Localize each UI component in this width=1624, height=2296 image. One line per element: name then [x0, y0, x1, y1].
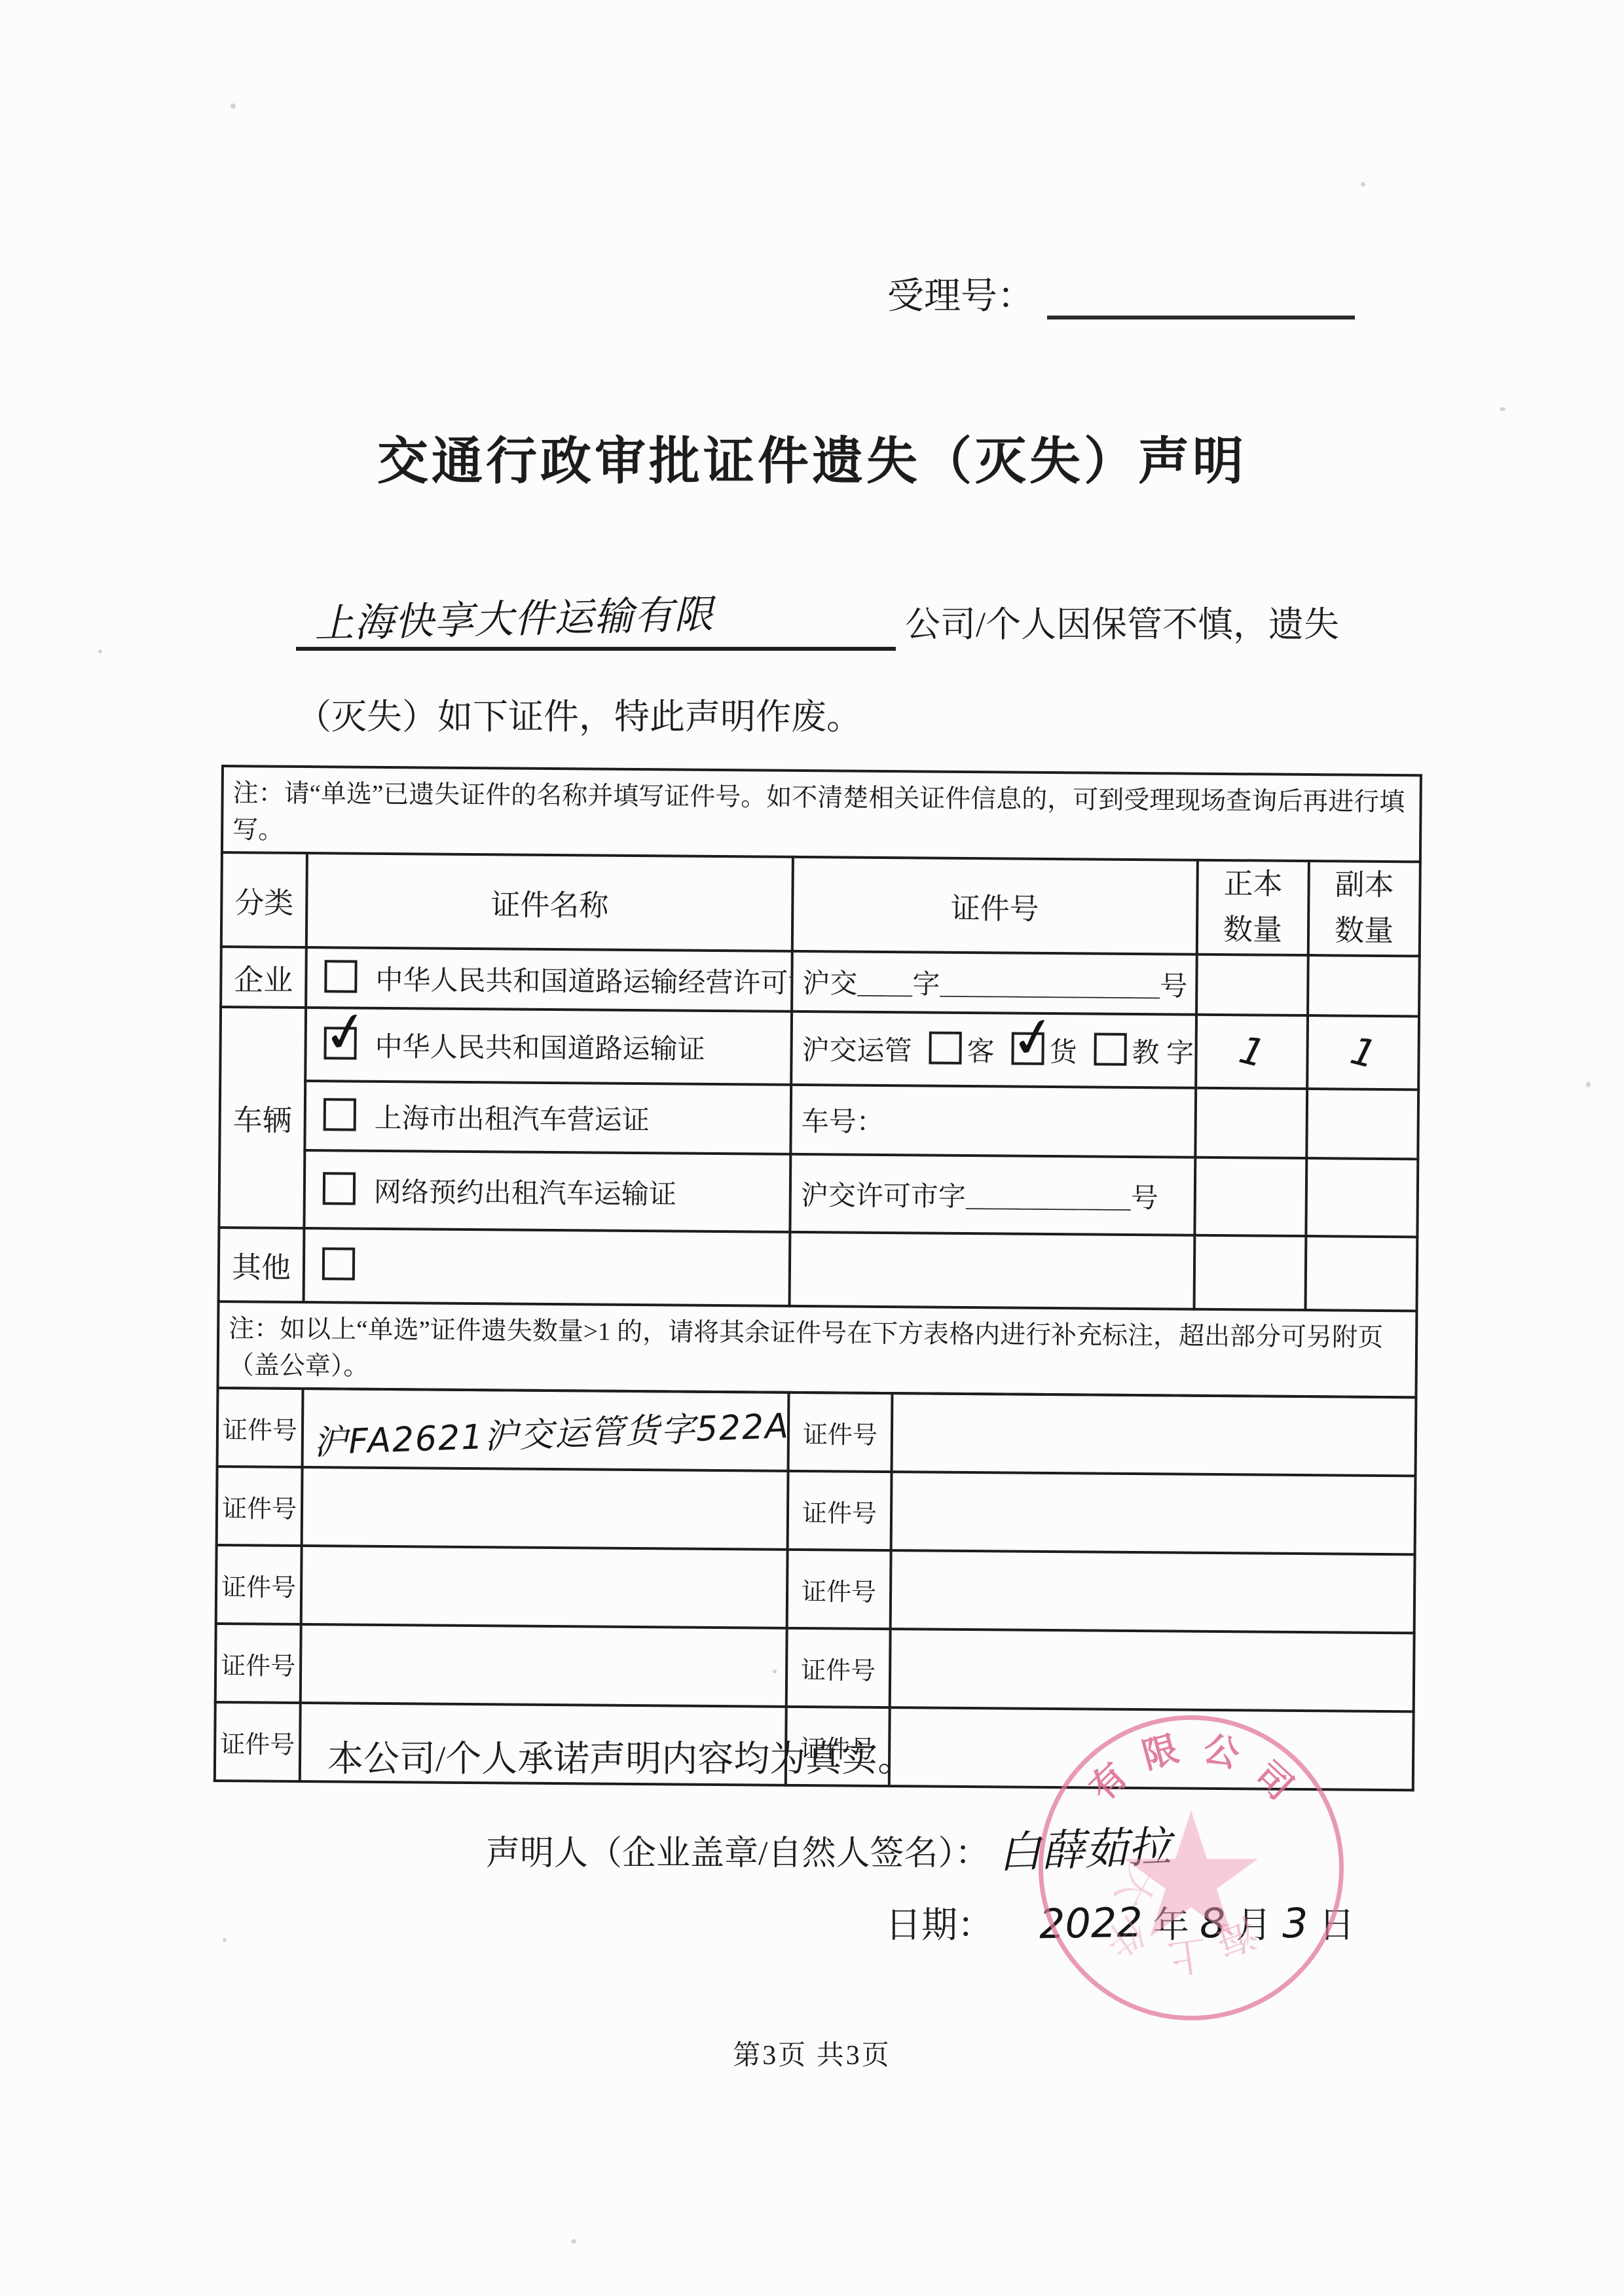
promise-statement: 本公司/个人承诺声明内容均为真实。	[327, 1730, 913, 1781]
original-count-handwritten: 1	[1234, 1027, 1269, 1076]
col-header-copy-count: 副本 数量	[1308, 861, 1420, 956]
month-unit: 月	[1236, 1905, 1272, 1945]
option-training-label: 教	[1132, 1038, 1159, 1068]
checkbox-road-transport-certificate: ✓	[323, 1027, 356, 1059]
day-unit: 日	[1319, 1905, 1355, 1945]
cert-number-template: 车号：	[790, 1085, 1196, 1157]
acceptance-label: 受理号：	[887, 276, 1034, 317]
page-number-footer: 第3页 共3页	[0, 2033, 1624, 2073]
copy-count-cell	[1306, 1236, 1418, 1311]
copy-count-cell	[1308, 955, 1420, 1016]
intro-line1-text: 公司/个人因保管不慎，遗失	[896, 596, 1339, 651]
certificates-table-wrap: 注：请“单选”已遗失证件的名称并填写证件号。如不清楚相关证件信息的，可到受理现场…	[213, 765, 1426, 1791]
original-count-cell	[1194, 1157, 1306, 1236]
cert-number-empty-cell	[891, 1472, 1416, 1554]
col-header-cert-number: 证件号	[792, 857, 1198, 955]
table-row: 车辆 ✓中华人民共和国道路运输证 沪交运管客✓货教 字 ＿＿ 1 1	[220, 1007, 1419, 1089]
table-row: 证件号 证件号	[215, 1624, 1414, 1711]
date-day-handwritten: 3	[1282, 1899, 1309, 1948]
original-count-cell	[1196, 955, 1308, 1015]
cert-number-handwritten: 沪FA2621沪交运管货字522A35	[312, 1396, 789, 1464]
cert-name-label: 中华人民共和国道路运输证	[375, 1032, 705, 1065]
cert-number-label: 证件号	[788, 1471, 892, 1550]
scanned-declaration-form: 受理号： 交通行政审批证件遗失（灭失）声明 上海快享大件运输有限公司/个人因保管…	[0, 0, 1624, 2296]
signer-row: 声明人（企业盖章/自然人签名）：白薛茹拉	[486, 1815, 1171, 1877]
original-count-cell	[1194, 1235, 1306, 1310]
cert-number-label: 证件号	[217, 1388, 303, 1467]
checkbox-road-transport-business-license	[324, 960, 357, 993]
cert-number-empty-cell	[302, 1467, 788, 1550]
cert-number-prefix: 沪交运管	[802, 1036, 912, 1066]
checkbox-taxi-operation-certificate	[323, 1098, 356, 1131]
cert-number-label: 证件号	[788, 1393, 893, 1472]
check-mark-handwritten: ✓	[318, 1008, 373, 1063]
table-row: 企业 中华人民共和国道路运输经营许可证 沪交＿＿字＿＿＿＿＿＿＿＿号	[221, 947, 1420, 1016]
cert-number-template: 沪交许可市字＿＿＿＿＿＿号	[790, 1154, 1195, 1235]
cert-number-label: 证件号	[786, 1628, 891, 1707]
cert-number-empty-cell	[891, 1550, 1415, 1633]
cert-number-label: 证件号	[787, 1550, 891, 1629]
acceptance-number-row: 受理号：	[887, 267, 1355, 319]
col-header-cert-name: 证件名称	[306, 853, 793, 951]
category-enterprise: 企业	[221, 947, 306, 1008]
signer-label: 声明人（企业盖章/自然人签名）：	[486, 1835, 989, 1872]
cert-name-label: 网络预约出租汽车运输证	[374, 1177, 676, 1210]
date-row: 日期：2022年8月3日	[885, 1896, 1365, 1948]
company-name-blank-line: 上海快享大件运输有限	[296, 588, 896, 651]
intro-line2-text: （灭失）如下证件，特此声明作废。	[296, 689, 1435, 739]
cert-number-template: 沪交＿＿字＿＿＿＿＿＿＿＿号	[792, 951, 1197, 1015]
check-mark-handwritten: ✓	[1006, 1011, 1060, 1068]
cert-number-suffix: 字 ＿＿	[1166, 1038, 1196, 1069]
company-name-handwritten: 上海快享大件运输有限	[314, 583, 714, 649]
certificates-table: 注：请“单选”已遗失证件的名称并填写证件号。如不清楚相关证件信息的，可到受理现场…	[217, 765, 1422, 1398]
cert-number-empty-cell	[301, 1624, 787, 1707]
checkbox-passenger	[929, 1032, 961, 1065]
date-label: 日期：	[885, 1905, 993, 1945]
cert-number-template	[790, 1232, 1195, 1309]
table-row: 证件号 证件号	[217, 1467, 1416, 1554]
category-vehicle: 车辆	[219, 1007, 306, 1228]
date-year-handwritten: 2022	[1039, 1899, 1143, 1948]
checkbox-training	[1094, 1032, 1126, 1065]
cert-number-label: 证件号	[215, 1702, 301, 1781]
form-title: 交通行政审批证件遗失（灭失）声明	[0, 420, 1624, 494]
checkbox-cargo: ✓	[1011, 1032, 1044, 1065]
signature-handwritten: 白薛茹拉	[997, 1812, 1172, 1880]
cert-number-empty-cell	[890, 1629, 1414, 1711]
col-header-original-count: 正本 数量	[1197, 860, 1309, 955]
cert-name-label: 上海市出租汽车营运证	[375, 1104, 650, 1136]
checkbox-other	[322, 1247, 355, 1280]
table-row: 其他	[219, 1228, 1418, 1311]
acceptance-blank-line	[1047, 279, 1355, 319]
copy-count-cell	[1306, 1089, 1418, 1159]
intro-paragraph: 上海快享大件运输有限公司/个人因保管不慎，遗失 （灭失）如下证件，特此声明作废。	[296, 588, 1435, 739]
copy-count-cell	[1306, 1158, 1418, 1237]
checkbox-online-taxi-transport-certificate	[323, 1172, 356, 1205]
table-note-1: 注：请“单选”已遗失证件的名称并填写证件号。如不清楚相关证件信息的，可到受理现场…	[222, 766, 1421, 862]
table-note-2: 注：如以上“单选”证件遗失数量>1 的，请将其余证件号在下方表格内进行补充标注，…	[218, 1302, 1417, 1397]
year-unit: 年	[1153, 1905, 1189, 1945]
option-passenger-label: 客	[967, 1037, 994, 1067]
cert-number-empty-cell	[301, 1546, 788, 1628]
table-row: 证件号 沪FA2621沪交运管货字522A35 证件号	[217, 1388, 1416, 1476]
date-month-handwritten: 8	[1199, 1899, 1226, 1948]
table-row: 网络预约出租汽车运输证 沪交许可市字＿＿＿＿＿＿号	[219, 1150, 1418, 1237]
cert-number-label: 证件号	[215, 1624, 301, 1703]
table-row: 证件号 证件号	[216, 1545, 1415, 1633]
col-header-category: 分类	[221, 852, 307, 947]
table-row: 上海市出租汽车营运证 车号：	[219, 1080, 1418, 1159]
cert-number-empty-cell	[889, 1707, 1414, 1790]
original-count-cell	[1195, 1088, 1307, 1158]
cert-number-label: 证件号	[216, 1545, 302, 1624]
cert-name-label: 中华人民共和国道路运输经营许可证	[375, 966, 792, 999]
copy-count-handwritten: 1	[1346, 1028, 1380, 1077]
cert-number-empty-cell	[892, 1393, 1416, 1476]
cert-number-label: 证件号	[217, 1467, 303, 1546]
category-other: 其他	[219, 1228, 304, 1302]
